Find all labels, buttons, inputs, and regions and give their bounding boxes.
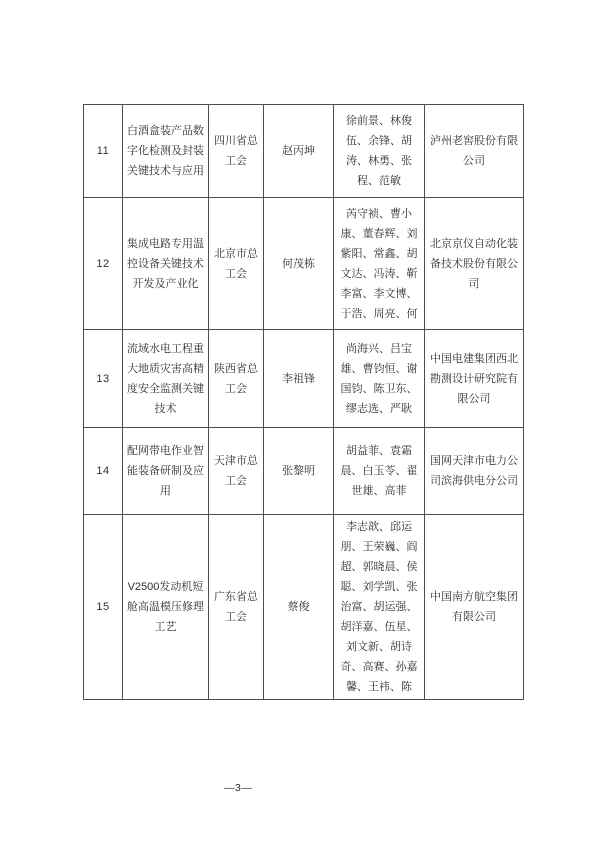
project-name-cell: 白酒盒装产品数字化检测及封装关键技术与应用 bbox=[123, 105, 209, 198]
union-cell: 四川省总工会 bbox=[209, 105, 264, 198]
row-number-cell: 14 bbox=[84, 428, 123, 515]
company-cell: 中国电建集团西北勘测设计研究院有限公司 bbox=[425, 330, 524, 428]
members-cell: 胡益菲、袁霜晨、白玉苓、翟世雄、高菲 bbox=[334, 428, 425, 515]
table-row: 15 V2500发动机短舱高温模压修理工艺 广东省总工会 蔡俊 李志歆、邱运朋、… bbox=[84, 515, 524, 700]
project-name-cell: 流域水电工程重大地质灾害高精度安全监测关键技术 bbox=[123, 330, 209, 428]
union-cell: 北京市总工会 bbox=[209, 198, 264, 330]
table-row: 14 配网带电作业智能装备研制及应用 天津市总工会 张黎明 胡益菲、袁霜晨、白玉… bbox=[84, 428, 524, 515]
table-row: 12 集成电路专用温控设备关键技术开发及产业化 北京市总工会 何茂栋 芮守祯、曹… bbox=[84, 198, 524, 330]
row-number-cell: 12 bbox=[84, 198, 123, 330]
company-cell: 国网天津市电力公司滨海供电分公司 bbox=[425, 428, 524, 515]
leader-cell: 李祖锋 bbox=[264, 330, 334, 428]
project-name-cell: 集成电路专用温控设备关键技术开发及产业化 bbox=[123, 198, 209, 330]
project-name-cell: 配网带电作业智能装备研制及应用 bbox=[123, 428, 209, 515]
company-cell: 中国南方航空集团有限公司 bbox=[425, 515, 524, 700]
union-cell: 天津市总工会 bbox=[209, 428, 264, 515]
table-row: 11 白酒盒装产品数字化检测及封装关键技术与应用 四川省总工会 赵丙坤 徐前景、… bbox=[84, 105, 524, 198]
row-number-cell: 13 bbox=[84, 330, 123, 428]
company-cell: 北京京仪自动化装备技术股份有限公司 bbox=[425, 198, 524, 330]
leader-cell: 蔡俊 bbox=[264, 515, 334, 700]
members-cell: 李志歆、邱运朋、王荣巍、阎超、郭晓晨、侯聪、刘学凯、张治富、胡运强、胡洋嘉、伍星… bbox=[334, 515, 425, 700]
table-row: 13 流域水电工程重大地质灾害高精度安全监测关键技术 陕西省总工会 李祖锋 尚海… bbox=[84, 330, 524, 428]
project-name-cell: V2500发动机短舱高温模压修理工艺 bbox=[123, 515, 209, 700]
document-page: 11 白酒盒装产品数字化检测及封装关键技术与应用 四川省总工会 赵丙坤 徐前景、… bbox=[0, 0, 595, 842]
row-number-cell: 11 bbox=[84, 105, 123, 198]
leader-cell: 何茂栋 bbox=[264, 198, 334, 330]
company-cell: 泸州老窖股份有限公司 bbox=[425, 105, 524, 198]
page-number: —3— bbox=[224, 782, 252, 794]
members-cell: 尚海兴、吕宝雄、曹钧恒、谢国钧、陈卫东、缪志选、严耿 bbox=[334, 330, 425, 428]
awards-table: 11 白酒盒装产品数字化检测及封装关键技术与应用 四川省总工会 赵丙坤 徐前景、… bbox=[83, 104, 524, 700]
row-number-cell: 15 bbox=[84, 515, 123, 700]
union-cell: 广东省总工会 bbox=[209, 515, 264, 700]
leader-cell: 张黎明 bbox=[264, 428, 334, 515]
members-cell: 芮守祯、曹小康、董春辉、刘紫阳、常鑫、胡文达、冯涛、靳李富、李文博、于浩、周亮、… bbox=[334, 198, 425, 330]
leader-cell: 赵丙坤 bbox=[264, 105, 334, 198]
members-cell: 徐前景、林俊伍、余锋、胡涛、林勇、张程、范敏 bbox=[334, 105, 425, 198]
union-cell: 陕西省总工会 bbox=[209, 330, 264, 428]
